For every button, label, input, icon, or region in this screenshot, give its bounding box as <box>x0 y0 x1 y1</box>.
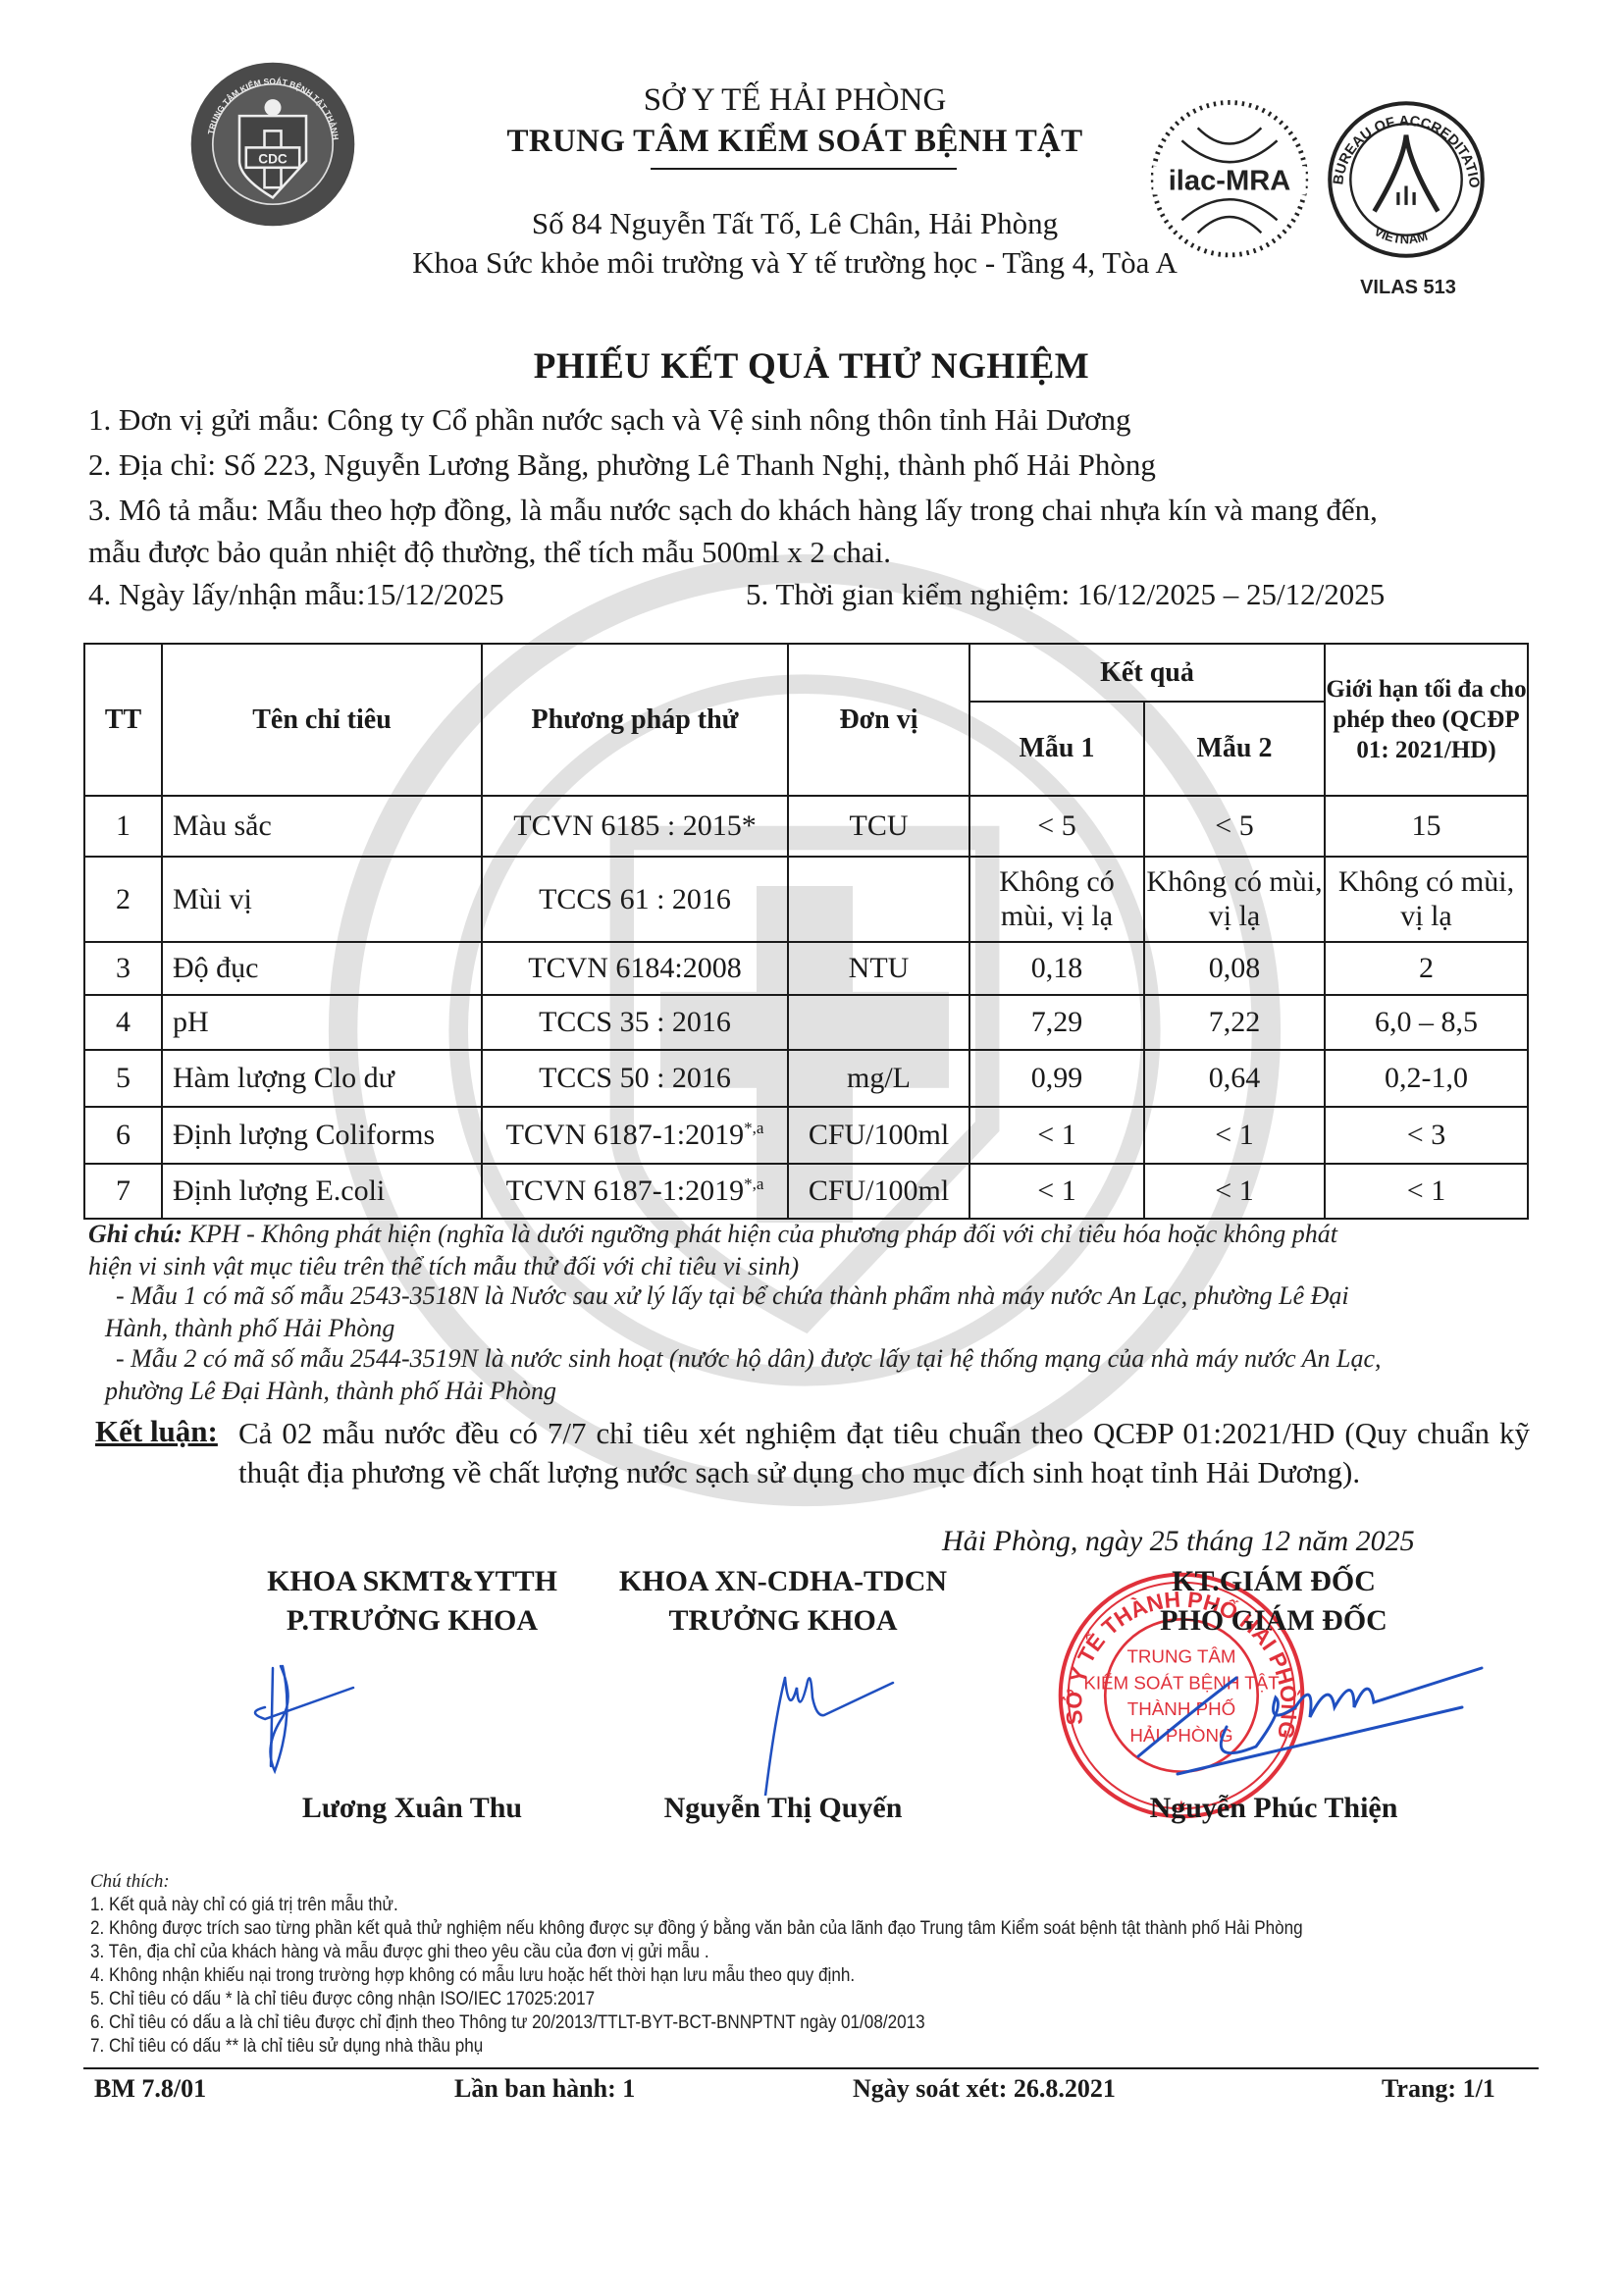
document-title: PHIẾU KẾT QUẢ THỬ NGHIỆM <box>98 345 1525 388</box>
signer-dept: KHOA XN-CDHA-TDCN <box>557 1562 1009 1601</box>
cell-name: pH <box>162 995 482 1050</box>
svg-text:TRUNG TÂM: TRUNG TÂM <box>1126 1646 1235 1667</box>
cell-limit: 0,2-1,0 <box>1325 1050 1528 1107</box>
table-row: 5Hàm lượng Clo dưTCCS 50 : 2016mg/L0,990… <box>84 1050 1528 1107</box>
signer-name-3: Nguyễn Phúc Thiện <box>1048 1792 1499 1825</box>
cell-tt: 7 <box>84 1164 162 1219</box>
signature-nguyen-thi-quyen <box>746 1658 962 1796</box>
bureau-of-accreditation-logo: BUREAU OF ACCREDITATION VIETNAM <box>1327 100 1486 259</box>
footnote-3: 3. Tên, địa chỉ của khách hàng và mẫu đư… <box>90 1942 709 1963</box>
footnote-2: 2. Không được trích sao từng phần kết qu… <box>90 1918 1303 1940</box>
cell-limit: 2 <box>1325 942 1528 995</box>
cell-name: Màu sắc <box>162 796 482 857</box>
footnote-4: 4. Không nhận khiếu nại trong trường hợp… <box>90 1965 855 1987</box>
header-tt: TT <box>84 644 162 796</box>
cell-sample1: < 5 <box>969 796 1144 857</box>
form-code: BM 7.8/01 <box>94 2074 206 2104</box>
cell-unit: mg/L <box>788 1050 969 1107</box>
cell-sample2: < 5 <box>1144 796 1325 857</box>
cell-limit: < 1 <box>1325 1164 1528 1219</box>
sample-description-line2: mẫu được bảo quản nhiệt độ thường, thể t… <box>88 535 891 570</box>
svg-text:KIỂM SOÁT BỆNH TẬT: KIỂM SOÁT BỆNH TẬT <box>1083 1672 1280 1693</box>
footer-divider <box>83 2067 1539 2069</box>
note-label: Ghi chú: <box>88 1220 183 1248</box>
cell-tt: 2 <box>84 857 162 942</box>
cell-tt: 3 <box>84 942 162 995</box>
signer-dept: KT.GIÁM ĐỐC <box>1048 1562 1499 1601</box>
note-sample1: - Mẫu 1 có mã số mẫu 2543-3518N là Nước … <box>116 1281 1349 1311</box>
organization-address: Số 84 Nguyễn Tất Tố, Lê Chân, Hải Phòng <box>373 206 1217 241</box>
parent-organization: SỞ Y TẾ HẢI PHÒNG <box>373 82 1217 119</box>
org-name-underline <box>651 168 957 170</box>
signer-role: PHÓ GIÁM ĐỐC <box>1048 1601 1499 1641</box>
cell-method: TCCS 50 : 2016 <box>482 1050 788 1107</box>
header-name: Tên chỉ tiêu <box>162 644 482 796</box>
footnotes-title: Chú thích: <box>90 1871 170 1893</box>
footnote-1: 1. Kết quả này chỉ có giá trị trên mẫu t… <box>90 1895 398 1916</box>
cell-sample1: 0,18 <box>969 942 1144 995</box>
cell-sample2: < 1 <box>1144 1164 1325 1219</box>
method-accreditation-mark: *,a <box>744 1174 763 1193</box>
header-sample2: Mẫu 2 <box>1144 702 1325 796</box>
ilac-mra-logo: ilac-MRA <box>1150 96 1309 263</box>
cell-limit: 15 <box>1325 796 1528 857</box>
cell-name: Mùi vị <box>162 857 482 942</box>
page-number: Trang: 1/1 <box>1382 2074 1495 2104</box>
organization-department: Khoa Sức khỏe môi trường và Y tế trường … <box>373 245 1217 281</box>
method-accreditation-mark: *,a <box>744 1119 763 1137</box>
vilas-number: VILAS 513 <box>1335 277 1482 299</box>
cell-unit: NTU <box>788 942 969 995</box>
header-unit: Đơn vị <box>788 644 969 796</box>
header-result: Kết quả <box>969 644 1325 702</box>
cell-sample1: < 1 <box>969 1164 1144 1219</box>
sample-description-line1: 3. Mô tả mẫu: Mẫu theo hợp đồng, là mẫu … <box>88 493 1378 528</box>
svg-text:HẢI PHÒNG: HẢI PHÒNG <box>1129 1725 1232 1746</box>
note-sample2-cont: phường Lê Đại Hành, thành phố Hải Phòng <box>105 1377 556 1406</box>
note-kph-cont: hiện vi sinh vật mục tiêu trên thể tích … <box>88 1252 799 1281</box>
cell-method: TCCS 35 : 2016 <box>482 995 788 1050</box>
cell-limit: 6,0 – 8,5 <box>1325 995 1528 1050</box>
edition: Lần ban hành: 1 <box>454 2074 635 2104</box>
sender-info: 1. Đơn vị gửi mẫu: Công ty Cổ phần nước … <box>88 402 1131 438</box>
results-table: TT Tên chỉ tiêu Phương pháp thử Đơn vị K… <box>83 643 1529 1220</box>
svg-text:CDC: CDC <box>258 152 288 167</box>
table-row: 2Mùi vịTCCS 61 : 2016Không có mùi, vị lạ… <box>84 857 1528 942</box>
cell-method: TCVN 6187-1:2019*,a <box>482 1164 788 1219</box>
signature-block-xn: KHOA XN-CDHA-TDCN TRƯỞNG KHOA <box>557 1562 1009 1641</box>
cell-sample1: 7,29 <box>969 995 1144 1050</box>
cell-name: Độ đục <box>162 942 482 995</box>
table-row: 7Định lượng E.coliTCVN 6187-1:2019*,aCFU… <box>84 1164 1528 1219</box>
cell-sample2: 0,64 <box>1144 1050 1325 1107</box>
conclusion-label: Kết luận: <box>95 1414 218 1449</box>
test-period: 5. Thời gian kiểm nghiệm: 16/12/2025 – 2… <box>746 577 1385 612</box>
cell-sample2: Không có mùi, vị lạ <box>1144 857 1325 942</box>
conclusion-text: Cả 02 mẫu nước đều có 7/7 chỉ tiêu xét n… <box>238 1414 1530 1492</box>
cell-method: TCCS 61 : 2016 <box>482 857 788 942</box>
cdc-logo: CDC TRUNG TÂM KIỂM SOÁT BỆNH TẬT THÀNH P… <box>189 61 356 228</box>
cell-limit: Không có mùi, vị lạ <box>1325 857 1528 942</box>
cell-method: TCVN 6185 : 2015* <box>482 796 788 857</box>
footnote-7: 7. Chỉ tiêu có dấu ** là chỉ tiêu sử dụn… <box>90 2036 483 2058</box>
signer-role: TRƯỞNG KHOA <box>557 1601 1009 1641</box>
cell-tt: 1 <box>84 796 162 857</box>
cell-unit: TCU <box>788 796 969 857</box>
cell-sample1: < 1 <box>969 1107 1144 1164</box>
cell-limit: < 3 <box>1325 1107 1528 1164</box>
table-row: 3Độ đụcTCVN 6184:2008NTU0,180,082 <box>84 942 1528 995</box>
cell-tt: 4 <box>84 995 162 1050</box>
cell-sample1: 0,99 <box>969 1050 1144 1107</box>
cell-sample2: < 1 <box>1144 1107 1325 1164</box>
note-sample1-cont: Hành, thành phố Hải Phòng <box>105 1314 394 1343</box>
cell-name: Hàm lượng Clo dư <box>162 1050 482 1107</box>
svg-text:ilac-MRA: ilac-MRA <box>1169 166 1291 197</box>
organization-name: TRUNG TÂM KIỂM SOÁT BỆNH TẬT <box>373 124 1217 160</box>
header-sample1: Mẫu 1 <box>969 702 1144 796</box>
cell-tt: 6 <box>84 1107 162 1164</box>
footnote-5: 5. Chỉ tiêu có dấu * là chỉ tiêu được cô… <box>90 1989 595 2010</box>
signature-block-director: KT.GIÁM ĐỐC PHÓ GIÁM ĐỐC <box>1048 1562 1499 1641</box>
cell-sample2: 0,08 <box>1144 942 1325 995</box>
svg-text:THÀNH PHỐ: THÀNH PHỐ <box>1127 1698 1235 1719</box>
footnote-6: 6. Chỉ tiêu có dấu a là chỉ tiêu được ch… <box>90 2012 925 2034</box>
cell-unit <box>788 857 969 942</box>
sender-address: 2. Địa chỉ: Số 223, Nguyễn Lương Bằng, p… <box>88 447 1156 483</box>
signer-name-2: Nguyễn Thị Quyến <box>557 1792 1009 1825</box>
cell-sample1: Không có mùi, vị lạ <box>969 857 1144 942</box>
cell-unit: CFU/100ml <box>788 1164 969 1219</box>
cell-method: TCVN 6187-1:2019*,a <box>482 1107 788 1164</box>
cell-name: Định lượng Coliforms <box>162 1107 482 1164</box>
table-row: 6Định lượng ColiformsTCVN 6187-1:2019*,a… <box>84 1107 1528 1164</box>
cell-tt: 5 <box>84 1050 162 1107</box>
signature-luong-xuan-thu <box>236 1658 383 1786</box>
table-row: 4pHTCCS 35 : 20167,297,226,0 – 8,5 <box>84 995 1528 1050</box>
cell-unit <box>788 995 969 1050</box>
received-date: 4. Ngày lấy/nhận mẫu:15/12/2025 <box>88 577 504 612</box>
svg-text:VIETNAM: VIETNAM <box>1372 224 1430 246</box>
cell-method: TCVN 6184:2008 <box>482 942 788 995</box>
cell-name: Định lượng E.coli <box>162 1164 482 1219</box>
table-row: 1Màu sắcTCVN 6185 : 2015*TCU< 5< 515 <box>84 796 1528 857</box>
header-method: Phương pháp thử <box>482 644 788 796</box>
signing-place-date: Hải Phòng, ngày 25 tháng 12 năm 2025 <box>942 1525 1415 1558</box>
review-date: Ngày soát xét: 26.8.2021 <box>853 2074 1116 2104</box>
cell-sample2: 7,22 <box>1144 995 1325 1050</box>
cell-unit: CFU/100ml <box>788 1107 969 1164</box>
header-limit: Giới hạn tối đa cho phép theo (QCĐP 01: … <box>1325 644 1528 796</box>
note-kph: Ghi chú: KPH - Không phát hiện (nghĩa là… <box>88 1220 1337 1249</box>
note-sample2: - Mẫu 2 có mã số mẫu 2544-3519N là nước … <box>116 1344 1382 1374</box>
